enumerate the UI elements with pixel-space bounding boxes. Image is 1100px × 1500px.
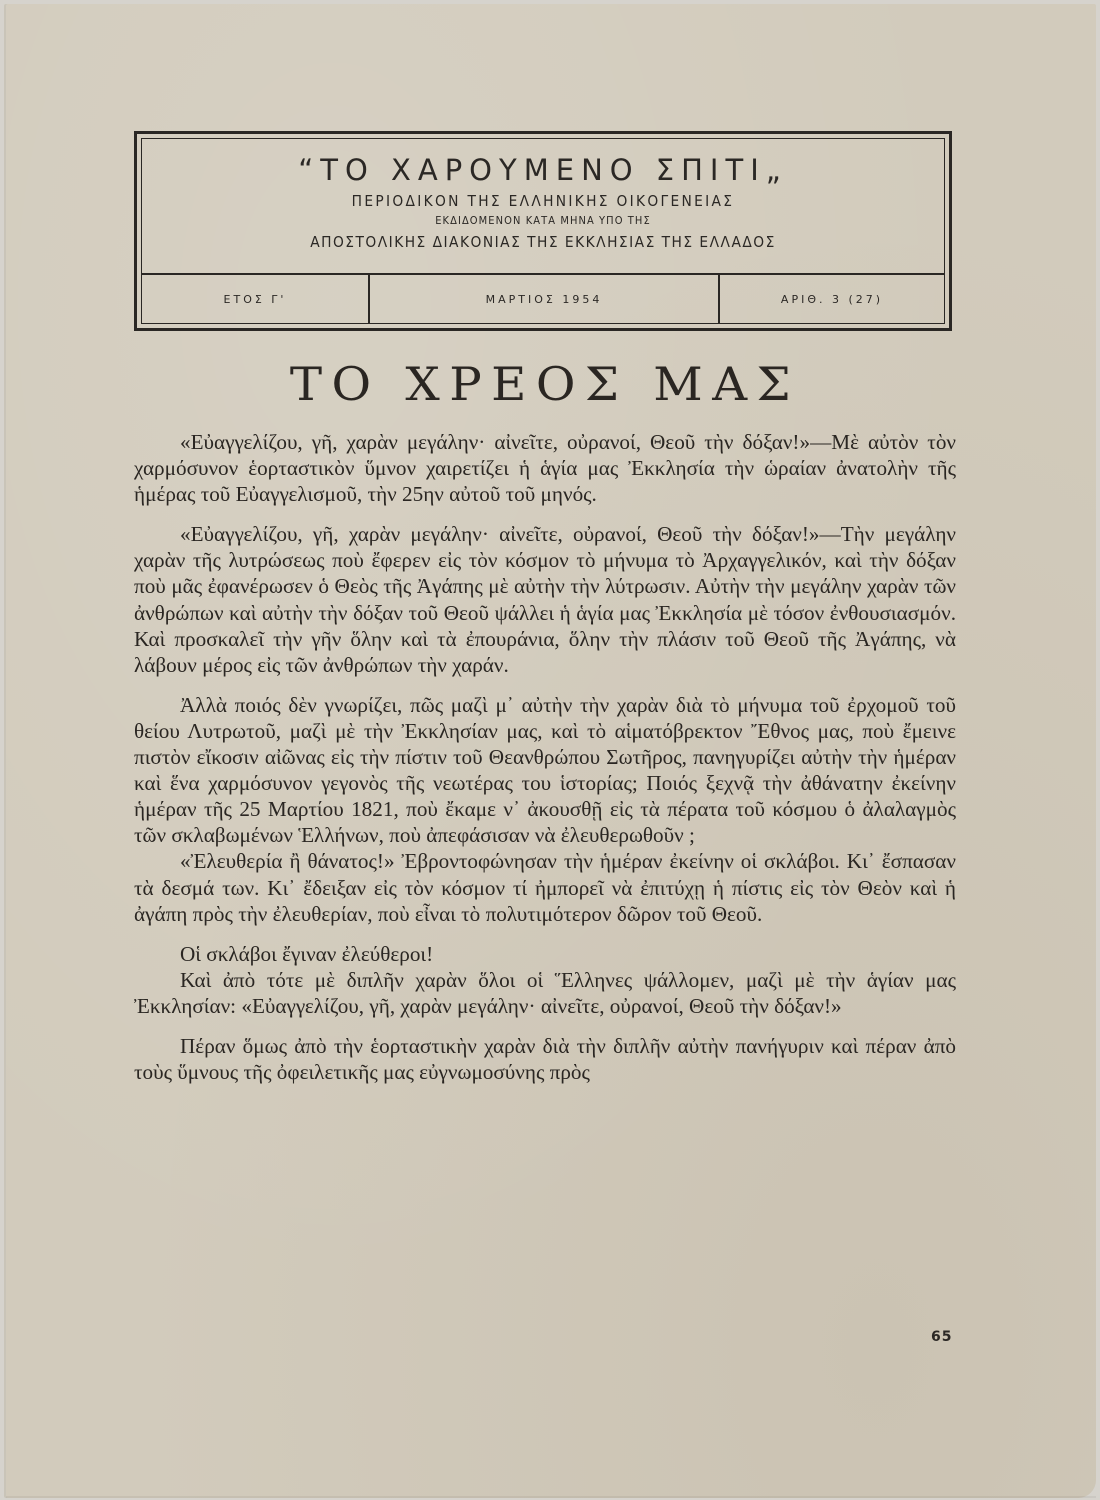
masthead-header: “ΤΟ ΧΑΡΟΥΜΕΝΟ ΣΠΙΤΙ„ ΠΕΡΙΟΔΙΚΟΝ ΤΗΣ ΕΛΛΗ…: [142, 139, 944, 275]
paragraph: «Ἐλευθερία ἢ θάνατος!» Ἐβροντοφώνησαν τὴ…: [134, 848, 956, 926]
article-body: «Εὐαγγελίζου, γῆ, χαρὰν μεγάλην· αἰνεῖτε…: [134, 429, 956, 1085]
paragraph: Πέραν ὅμως ἀπὸ τὴν ἑορταστικὴν χαρὰν διὰ…: [134, 1033, 956, 1085]
paragraph: Καὶ ἀπὸ τότε μὲ διπλῆν χαρὰν ὅλοι οἱ Ἕλλ…: [134, 967, 956, 1019]
magazine-title: “ΤΟ ΧΑΡΟΥΜΕΝΟ ΣΠΙΤΙ„: [142, 153, 944, 187]
article-title: ΤΟ ΧΡΕΟΣ ΜΑΣ: [0, 354, 1100, 414]
paragraph: Ἀλλὰ ποιός δὲν γνωρίζει, πῶς μαζὶ μ᾽ αὐτ…: [134, 692, 956, 849]
masthead-box: “ΤΟ ΧΑΡΟΥΜΕΝΟ ΣΠΙΤΙ„ ΠΕΡΙΟΔΙΚΟΝ ΤΗΣ ΕΛΛΗ…: [134, 131, 952, 331]
paragraph: Οἱ σκλάβοι ἔγιναν ἐλεύθεροι!: [134, 941, 956, 967]
masthead-inner-frame: “ΤΟ ΧΑΡΟΥΜΕΝΟ ΣΠΙΤΙ„ ΠΕΡΙΟΔΙΚΟΝ ΤΗΣ ΕΛΛΗ…: [141, 138, 945, 324]
issue-cell: ΑΡΙΘ. 3 (27): [720, 275, 944, 323]
page-number: 65: [931, 1329, 952, 1345]
date-cell: ΜΑΡΤΙΟΣ 1954: [370, 275, 720, 323]
year-cell: ΕΤΟΣ Γ': [142, 275, 370, 323]
page-edge: [6, 1496, 1096, 1498]
magazine-page: “ΤΟ ΧΑΡΟΥΜΕΝΟ ΣΠΙΤΙ„ ΠΕΡΙΟΔΙΚΟΝ ΤΗΣ ΕΛΛΗ…: [6, 4, 1096, 1498]
paragraph: «Εὐαγγελίζου, γῆ, χαρὰν μεγάλην· αἰνεῖτε…: [134, 429, 956, 507]
paragraph: «Εὐαγγελίζου, γῆ, χαρὰν μεγάλην· αἰνεῖτε…: [134, 521, 956, 678]
magazine-subtitle: ΠΕΡΙΟΔΙΚΟΝ ΤΗΣ ΕΛΛΗΝΙΚΗΣ ΟΙΚΟΓΕΝΕΙΑΣ: [174, 191, 912, 211]
publisher-line-2: ΑΠΟΣΤΟΛΙΚΗΣ ΔΙΑΚΟΝΙΑΣ ΤΗΣ ΕΚΚΛΗΣΙΑΣ ΤΗΣ …: [174, 232, 912, 252]
masthead-info-row: ΕΤΟΣ Γ' ΜΑΡΤΙΟΣ 1954 ΑΡΙΘ. 3 (27): [142, 275, 944, 323]
publisher-line-1: ΕΚΔΙΔΟΜΕΝΟΝ ΚΑΤΑ ΜΗΝΑ ΥΠΟ ΤΗΣ: [182, 213, 904, 229]
